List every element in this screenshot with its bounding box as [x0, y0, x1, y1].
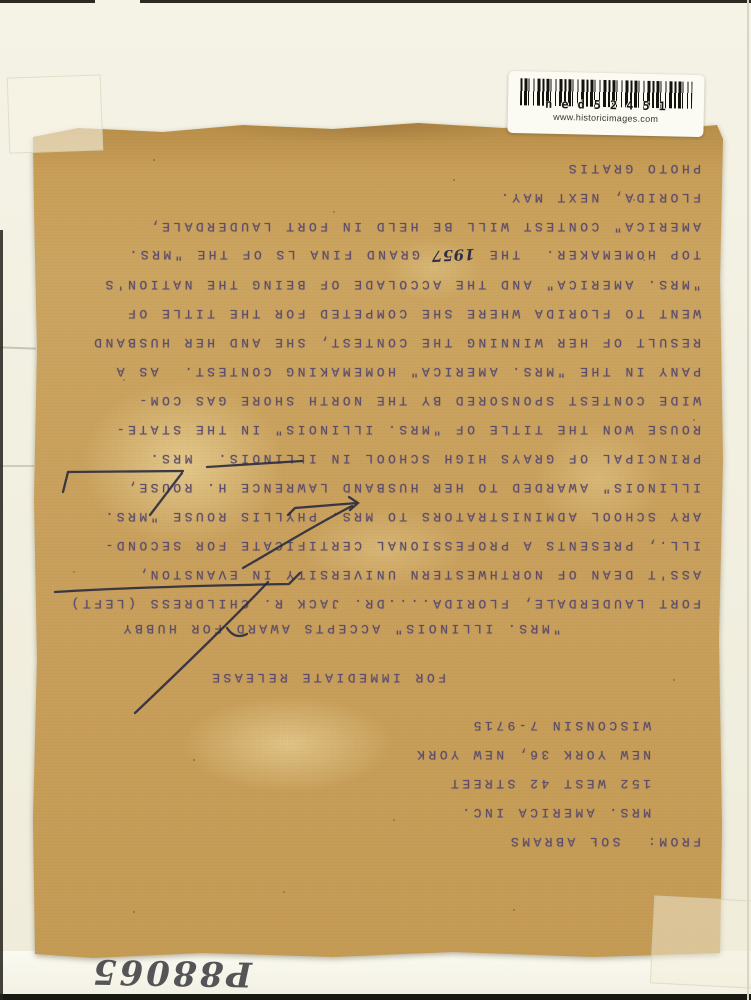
body-line: PRINCIPAL OF GRAYS HIGH SCHOOL IN ILLINO…: [147, 451, 701, 466]
pen-slash: [150, 473, 182, 515]
photo-paper-back: FROM:SOL ABRAMS MRS. AMERICA INC. 152 WE…: [33, 119, 723, 959]
body-line: PANY IN THE "MRS. AMERICA" HOMEMAKING CO…: [113, 364, 701, 379]
body-line: ROUSE WON THE TITLE OF "MRS. ILLINOIS" I…: [113, 422, 701, 437]
handwritten-year: 1957: [431, 246, 475, 263]
body-line: RESULT OF HER WINNING THE CONTEST, SHE A…: [91, 335, 701, 350]
pen-arrow: [288, 497, 358, 515]
tape-piece-bottom-right: [650, 895, 751, 988]
sender-name: SOL ABRAMS: [507, 834, 620, 849]
sender-org: MRS. AMERICA INC.: [459, 805, 651, 820]
sender-line: FROM:SOL ABRAMS: [507, 834, 701, 849]
scanner-edge-bottom: [0, 994, 751, 1000]
handwritten-archive-code: P88065: [52, 932, 253, 993]
sender-street: 152 WEST 42 STREET: [448, 776, 651, 791]
body-line: ILLINOIS" AWARDED TO HER HUSBAND LAWRENC…: [125, 480, 701, 495]
photo-gratis-note: PHOTO GRATIS: [565, 161, 701, 176]
from-label: FROM:: [644, 834, 701, 849]
body-line: ARY SCHOOL ADMINISTRATORS TO MRS. PHYLLI…: [102, 509, 701, 524]
pen-diagonal-stroke-2: [135, 582, 268, 713]
body-line-suffix: GRAND FINA LS OF THE "MRS.: [126, 247, 431, 262]
pen-underline-illinois: [207, 461, 302, 467]
body-line: WIDE CONTEST SPONSORED BY THE NORTH SHOR…: [136, 393, 701, 408]
pen-annotations: [33, 119, 723, 959]
typed-press-release: FROM:SOL ABRAMS MRS. AMERICA INC. 152 WE…: [33, 119, 723, 959]
body-line: "MRS. AMERICA" AND THE ACCOLADE OF BEING…: [102, 277, 701, 292]
body-line: ASS'T DEAN OF NORTHWESTERN UNIVERSITY IN…: [136, 567, 701, 582]
scanned-photo-verso: FROM:SOL ABRAMS MRS. AMERICA INC. 152 WE…: [0, 0, 751, 1000]
scanner-edge-notch: [95, 0, 140, 6]
headline: "MRS. ILLINOIS" ACCEPTS AWARD FOR HUBBY: [120, 621, 561, 636]
pen-comma-mark: [227, 628, 247, 636]
body-line: ILL., PRESENTS A PROFESSIONAL CERTIFICAT…: [102, 538, 701, 553]
pen-diagonal-stroke-1: [243, 506, 352, 568]
paper-surface: FROM:SOL ABRAMS MRS. AMERICA INC. 152 WE…: [33, 119, 723, 959]
body-line-prefix: TOP HOMEMAKER. THE: [475, 247, 701, 262]
pen-underline-caption: [55, 573, 300, 592]
body-line: WENT TO FLORIDA WHERE SHE COMPETED FOR T…: [125, 306, 701, 321]
body-line: AMERICA" CONTEST WILL BE HELD IN FORT LA…: [147, 219, 701, 234]
scanner-edge-right: [747, 0, 749, 1000]
release-line: FOR IMMEDIATE RELEASE: [209, 670, 446, 685]
barcode-sticker: ned52451 www.historicimages.com: [507, 71, 704, 137]
body-line: FORT LAUDERDALE, FLORIDA....DR. JACK R. …: [68, 596, 701, 611]
margin-crease: [0, 465, 34, 467]
sender-city: NEW YORK 36, NEW YORK: [414, 747, 651, 762]
body-line-with-handwritten-year: TOP HOMEMAKER. THE 1957 GRAND FINA LS OF…: [126, 248, 701, 263]
pen-bracket: [63, 471, 183, 492]
margin-crease: [0, 346, 36, 349]
sender-phone: WISCONSIN 7-9715: [470, 718, 651, 733]
scanner-edge-left: [0, 230, 3, 1000]
body-line: FLORIDA, NEXT MAY.: [498, 190, 701, 205]
tape-piece-top-left: [7, 74, 104, 153]
